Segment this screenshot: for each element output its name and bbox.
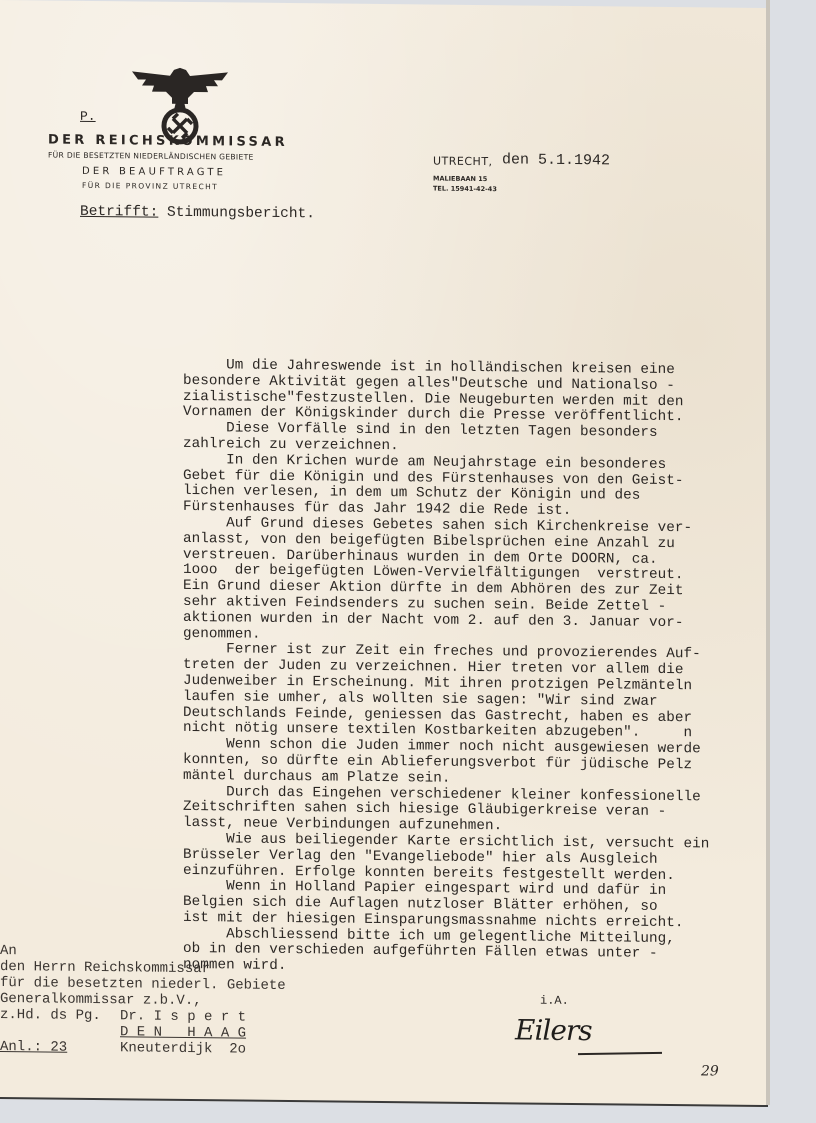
subject-value: Stimmungsbericht. — [167, 205, 315, 223]
addressee-city: D E N H A A G — [120, 1024, 246, 1042]
letter-page: P. DER REICHSKOMMISSAR FÜR DIE BESETZTEN… — [0, 0, 768, 1107]
addressee-line: An — [0, 943, 17, 959]
on-behalf-mark: i.A. — [540, 994, 569, 1008]
subject-line: Betrifft: Stimmungsbericht. — [80, 204, 315, 222]
subject-label: Betrifft: — [80, 204, 158, 221]
signature-underline — [578, 1052, 662, 1055]
letter-date: den 5.1.1942 — [502, 151, 610, 169]
page-number: 29 — [701, 1063, 719, 1079]
addressee-block: An den Herrn Reichskommissar für die bes… — [0, 943, 34, 1122]
street-address: MALIEBAAN 15 — [433, 175, 487, 184]
paper-edge-shadow — [766, 0, 770, 1105]
city: UTRECHT, — [433, 155, 493, 169]
initial-mark: P. — [80, 109, 96, 124]
letterhead-subtitle: FÜR DIE BESETZTEN NIEDERLÄNDISCHEN GEBIE… — [48, 151, 254, 162]
addressee-street: Kneuterdijk 2o — [120, 1040, 246, 1058]
letterhead-title: DER REICHSKOMMISSAR — [48, 133, 288, 151]
addressee-line: z.Hd. ds Pg. — [0, 1007, 101, 1024]
letter-body: Um die Jahreswende ist in holländischen … — [183, 358, 773, 980]
addressee-recipient: Dr. I s p e r t — [120, 1008, 246, 1026]
telephone: TEL. 15941-42-43 — [433, 185, 497, 194]
signature: Eilers — [515, 1013, 592, 1047]
letterhead-province: FÜR DIE PROVINZ UTRECHT — [82, 181, 218, 191]
enclosures: Anl.: 23 — [0, 1039, 67, 1056]
letterhead-office: DER BEAUFTRAGTE — [82, 166, 226, 179]
